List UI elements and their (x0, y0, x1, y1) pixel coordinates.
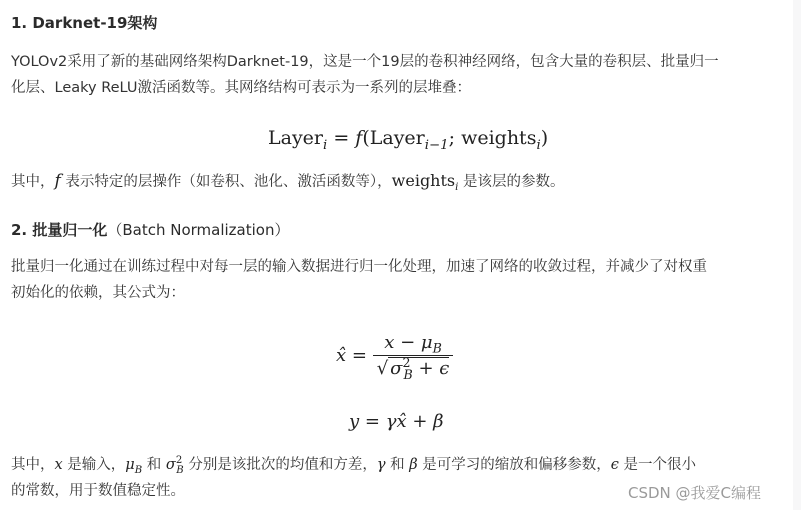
equation-normalize: x̂ = x − μB √σ2B + ϵ (336, 332, 453, 379)
paragraph-line: YOLOv2采用了新的基础网络架构Darknet-19，这是一个19层的卷积神经… (11, 49, 719, 75)
csdn-watermark: CSDN @我爱C编程 (628, 482, 761, 503)
paragraph-batchnorm-intro: 批量归一化通过在训练过程中对每一层的输入数据进行归一化处理，加速了网络的收敛过程… (11, 254, 707, 306)
paragraph-line: 其中，x 是输入，μB 和 σ2B 分别是该批次的均值和方差，γ 和 β 是可学… (11, 452, 696, 478)
section-heading-darknet: 1. Darknet-19架构 (11, 12, 157, 33)
paragraph-darknet-explain: 其中，f 表示特定的层操作（如卷积、池化、激活函数等），weightsi 是该层… (11, 168, 564, 195)
paragraph-batchnorm-explain: 其中，x 是输入，μB 和 σ2B 分别是该批次的均值和方差，γ 和 β 是可学… (11, 452, 696, 504)
paragraph-line: 化层、Leaky ReLU激活函数等。其网络结构可表示为一系列的层堆叠： (11, 75, 719, 101)
paragraph-darknet-intro: YOLOv2采用了新的基础网络架构Darknet-19，这是一个19层的卷积神经… (11, 49, 719, 101)
paragraph-line: 初始化的依赖，其公式为： (11, 280, 707, 306)
fraction-denominator: √σ2B + ϵ (373, 355, 454, 379)
section-heading-batchnorm: 2. 批量归一化（Batch Normalization） (11, 219, 289, 240)
equation-layer-stack: Layeri = f(Layeri−1; weightsi) (268, 127, 548, 149)
sqrt-icon: √ (377, 358, 388, 379)
fraction-numerator: x − μB (373, 332, 454, 355)
page-edge (793, 0, 801, 510)
paragraph-line: 的常数，用于数值稳定性。 (11, 478, 696, 504)
equation-scale-shift: y = γx̂ + β (349, 411, 444, 432)
paragraph-line: 批量归一化通过在训练过程中对每一层的输入数据进行归一化处理，加速了网络的收敛过程… (11, 254, 707, 280)
fraction: x − μB √σ2B + ϵ (373, 332, 454, 379)
